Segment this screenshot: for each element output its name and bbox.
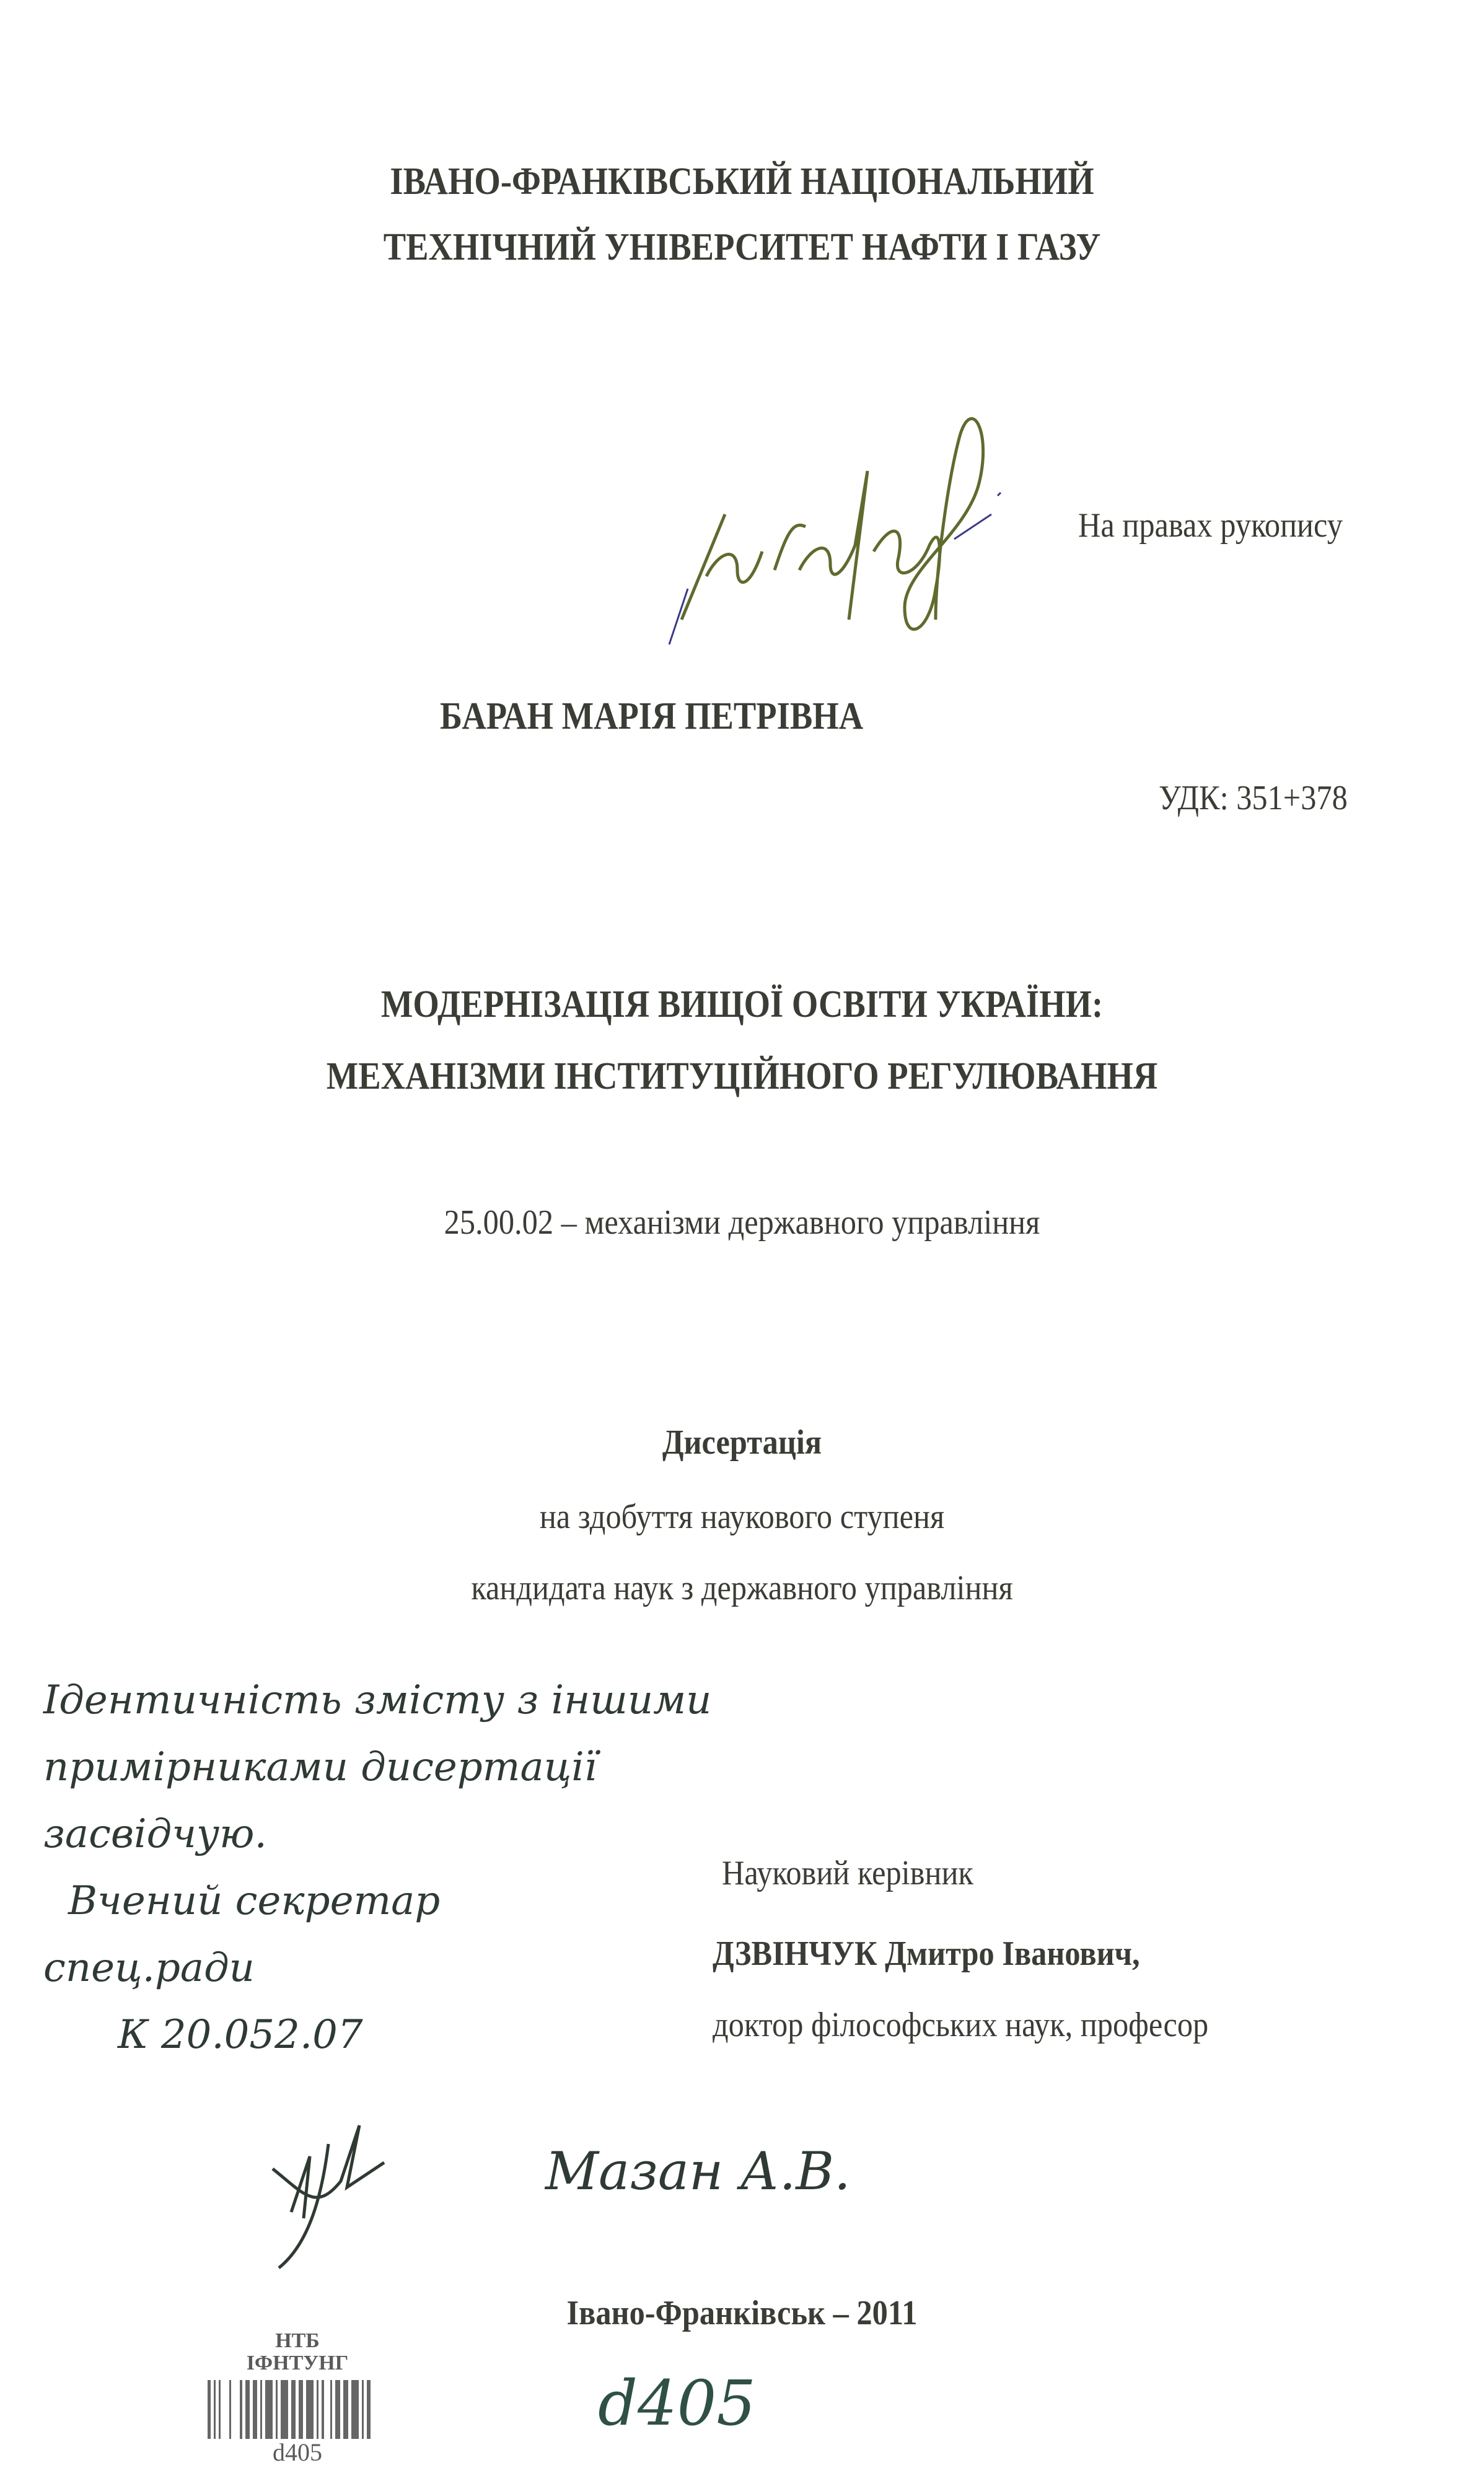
handwritten-line-6: К 20.052.07 [43, 2001, 737, 2068]
handwritten-line-4: Вчений секретар [43, 1868, 737, 1935]
stamp-code: d405 [201, 2439, 393, 2466]
secretary-name: Мазан А.В. [545, 2141, 851, 2202]
handwritten-line-2: примірниками дисертації [43, 1734, 737, 1801]
city-year: Івано-Франківськ – 2011 [74, 2296, 1410, 2330]
udc-code: УДК: 351+378 [1159, 781, 1348, 815]
stamp-line-1: НТБ [201, 2330, 393, 2352]
stamp-line-2: ІФНТУНГ [201, 2352, 393, 2374]
manuscript-note: На правах рукопису [1078, 508, 1343, 543]
institution-line-1: ІВАНО-ФРАНКІВСЬКИЙ НАЦІОНАЛЬНИЙ [89, 162, 1395, 201]
handwritten-line-3: засвідчую. [43, 1801, 737, 1868]
supervisor-name: ДЗВІНЧУК Дмитро Іванович, [713, 1936, 1140, 1971]
archive-number-handwritten: d405 [598, 2367, 756, 2440]
secretary-signature-icon [266, 2119, 390, 2268]
handwritten-certification: Ідентичність змісту з іншими примірникам… [43, 1667, 737, 2068]
barcode-icon [208, 2377, 393, 2439]
supervisor-credentials: доктор філософських наук, професор [713, 2008, 1208, 2042]
supervisor-label: Науковий керівник [722, 1856, 973, 1891]
degree-line-2: кандидата наук з державного управління [74, 1571, 1410, 1605]
handwritten-line-5: спец.ради [43, 1935, 737, 2001]
specialty-code: 25.00.02 – механізми державного управлін… [74, 1205, 1410, 1240]
degree-line-1: на здобуття наукового ступеня [74, 1500, 1410, 1534]
handwritten-line-1: Ідентичність змісту з іншими [43, 1667, 737, 1734]
dissertation-title-line-1: МОДЕРНІЗАЦІЯ ВИЩОЇ ОСВІТИ УКРАЇНИ: [89, 985, 1395, 1024]
author-signature-icon [644, 384, 1066, 657]
institution-line-2: ТЕХНІЧНИЙ УНІВЕРСИТЕТ НАФТИ І ГАЗУ [89, 228, 1395, 266]
library-stamp: НТБ ІФНТУНГ d405 [201, 2330, 393, 2466]
author-name: БАРАН МАРІЯ ПЕТРІВНА [440, 697, 863, 736]
dissertation-title-line-2: МЕХАНІЗМИ ІНСТИТУЦІЙНОГО РЕГУЛЮВАННЯ [89, 1057, 1395, 1096]
degree-heading: Дисертація [74, 1425, 1410, 1460]
